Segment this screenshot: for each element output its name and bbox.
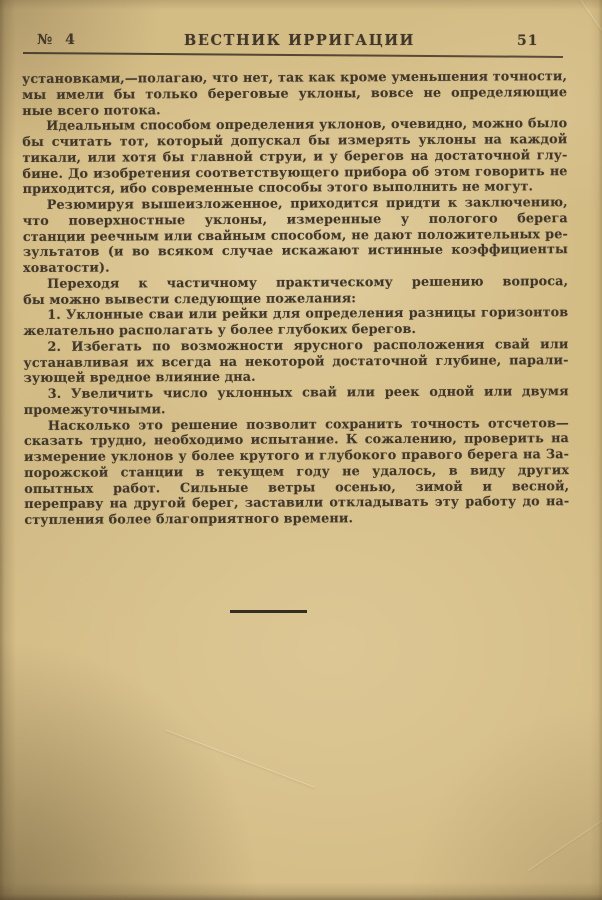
journal-title: ВЕСТНИК ИРРИГАЦИИ: [184, 32, 415, 49]
text-line: зультатов (и во всяком случае искажают и…: [23, 242, 568, 261]
paragraph: установками,—полагаю, что нет, так как к…: [22, 69, 567, 119]
text-line: переправу на другой берег, заставили отк…: [24, 494, 569, 513]
paragraph: Насколько это решение позволит сохранить…: [24, 416, 570, 529]
paragraph: Резюмируя вышеизложенное, приходится при…: [23, 195, 568, 277]
article-text: установками,—полагаю, что нет, так как к…: [22, 69, 569, 529]
text-line: Переходя к частичному практическому реше…: [23, 274, 568, 293]
list-item-2: 2. Избегать по возможности ярусного расп…: [23, 337, 568, 387]
paper-crease: [165, 729, 315, 787]
list-item-3: 3. Увеличить число уклонных свай или рее…: [24, 384, 569, 418]
text-line: 3. Увеличить число уклонных свай или рее…: [24, 384, 569, 403]
paper-crease: [572, 0, 602, 54]
list-item-1: 1. Уклонные сваи или рейки для определен…: [23, 305, 568, 339]
text-line: ступления более благоприятного времени.: [24, 510, 569, 529]
text-line: устанавливая их всегда на некоторой дост…: [23, 353, 568, 372]
text-line: 1. Уклонные сваи или рейки для определен…: [23, 305, 568, 324]
header-rule: [23, 52, 563, 58]
issue-number: № 4: [37, 32, 75, 48]
paragraph: Идеальным способом определения уклонов, …: [22, 116, 567, 198]
scanned-journal-page: № 4 ВЕСТНИК ИРРИГАЦИИ 51 установками,—по…: [0, 0, 602, 900]
page-number: 51: [517, 33, 538, 49]
end-of-article-divider: [230, 610, 307, 613]
paragraph: Переходя к частичному практическому реше…: [23, 274, 568, 308]
paper-crease: [527, 820, 602, 871]
text-line: мы имели бы только береговые уклоны, вов…: [22, 85, 567, 104]
